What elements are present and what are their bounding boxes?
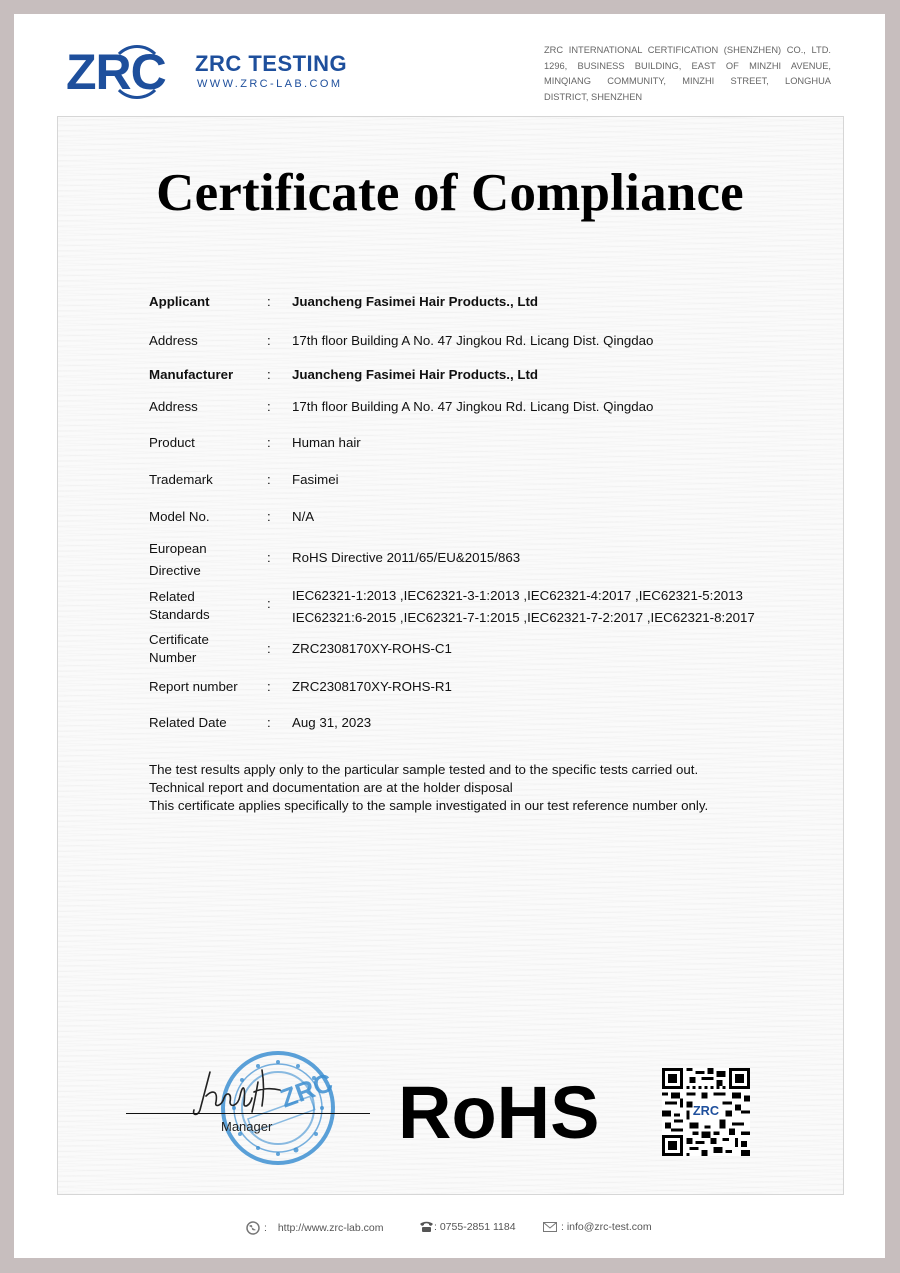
field-separator: : bbox=[267, 641, 271, 656]
field-label: Related Standards bbox=[149, 588, 210, 624]
field-label: Related Date bbox=[149, 715, 227, 730]
signature-line bbox=[126, 1113, 370, 1114]
field-label: Certificate Number bbox=[149, 631, 209, 667]
field-value: Human hair bbox=[292, 435, 361, 450]
field-label: Model No. bbox=[149, 509, 210, 524]
field-label-line: European bbox=[149, 541, 207, 556]
disclaimer-notes: The test results apply only to the parti… bbox=[149, 761, 708, 815]
standards-line: IEC62321-1:2013 ,IEC62321-3-1:2013 ,IEC6… bbox=[292, 588, 743, 603]
envelope-icon bbox=[543, 1222, 557, 1232]
brand-name: ZRC TESTING bbox=[195, 51, 347, 77]
field-separator: : bbox=[267, 679, 271, 694]
field-value: IEC62321-1:2013 ,IEC62321-3-1:2013 ,IEC6… bbox=[292, 585, 755, 629]
phone-icon bbox=[419, 1221, 434, 1233]
field-value: Aug 31, 2023 bbox=[292, 715, 371, 730]
field-value: Juancheng Fasimei Hair Products., Ltd bbox=[292, 367, 538, 382]
disclaimer-line: The test results apply only to the parti… bbox=[149, 761, 708, 779]
field-separator: : bbox=[267, 333, 271, 348]
field-separator: : bbox=[267, 367, 271, 382]
disclaimer-line: Technical report and documentation are a… bbox=[149, 779, 708, 797]
field-label: Address bbox=[149, 333, 198, 348]
footer-phone: : 0755-2851 1184 bbox=[419, 1221, 516, 1233]
field-label: Manufacturer bbox=[149, 367, 233, 382]
field-label: Applicant bbox=[149, 294, 210, 309]
website-link[interactable]: http://www.zrc-lab.com bbox=[278, 1222, 384, 1234]
signatory-title: Manager bbox=[221, 1119, 272, 1134]
field-value: 17th floor Building A No. 47 Jingkou Rd.… bbox=[292, 333, 653, 348]
footer-email: : info@zrc-test.com bbox=[543, 1221, 652, 1233]
field-value: Juancheng Fasimei Hair Products., Ltd bbox=[292, 294, 538, 309]
field-label-line: Related bbox=[149, 589, 195, 604]
standards-line: IEC62321:6-2015 ,IEC62321-7-1:2015 ,IEC6… bbox=[292, 610, 755, 625]
field-label-line: Directive bbox=[149, 563, 201, 578]
company-address-line: 1296, BUSINESS BUILDING, EAST OF MINZHI … bbox=[544, 59, 831, 75]
field-label-line: Number bbox=[149, 650, 196, 665]
globe-icon bbox=[246, 1221, 260, 1235]
company-address-line: ZRC INTERNATIONAL CERTIFICATION (SHENZHE… bbox=[544, 43, 831, 59]
field-label: Trademark bbox=[149, 472, 213, 487]
field-separator: : bbox=[267, 472, 271, 487]
email-link[interactable]: : info@zrc-test.com bbox=[561, 1221, 652, 1233]
field-separator: : bbox=[267, 550, 271, 565]
company-address-line: DISTRICT, SHENZHEN bbox=[544, 90, 831, 106]
field-value: Fasimei bbox=[292, 472, 339, 487]
field-separator: : bbox=[267, 399, 271, 414]
field-value: ZRC2308170XY-ROHS-R1 bbox=[292, 679, 452, 694]
field-label-line: Standards bbox=[149, 607, 210, 622]
field-label: European Directive bbox=[149, 538, 207, 582]
logo-ring-icon bbox=[110, 45, 164, 99]
qr-code[interactable]: ZRC bbox=[662, 1068, 750, 1156]
field-label-line: Certificate bbox=[149, 632, 209, 647]
field-label: Product bbox=[149, 435, 195, 450]
field-value: ZRC2308170XY-ROHS-C1 bbox=[292, 641, 452, 656]
field-value: N/A bbox=[292, 509, 314, 524]
field-separator: : bbox=[267, 435, 271, 450]
footer-website: : http://www.zrc-lab.com bbox=[246, 1221, 383, 1235]
field-separator: : bbox=[267, 596, 271, 611]
certificate-title: Certificate of Compliance bbox=[0, 163, 900, 223]
field-label: Report number bbox=[149, 679, 238, 694]
phone-number: : 0755-2851 1184 bbox=[434, 1221, 516, 1233]
rohs-mark: RoHS bbox=[398, 1070, 599, 1155]
company-address: ZRC INTERNATIONAL CERTIFICATION (SHENZHE… bbox=[544, 43, 831, 105]
field-value: 17th floor Building A No. 47 Jingkou Rd.… bbox=[292, 399, 653, 414]
footer-separator: : bbox=[264, 1222, 267, 1234]
field-label: Address bbox=[149, 399, 198, 414]
field-separator: : bbox=[267, 294, 271, 309]
field-separator: : bbox=[267, 509, 271, 524]
field-separator: : bbox=[267, 715, 271, 730]
company-address-line: MINQIANG COMMUNITY, MINZHI STREET, LONGH… bbox=[544, 74, 831, 90]
brand-url: WWW.ZRC-LAB.COM bbox=[197, 78, 342, 90]
svg-text:ZRC: ZRC bbox=[693, 1103, 719, 1118]
field-value: RoHS Directive 2011/65/EU&2015/863 bbox=[292, 550, 520, 565]
zrc-logo: ZRC ZRC TESTING WWW.ZRC-LAB.COM bbox=[66, 42, 356, 102]
disclaimer-line: This certificate applies specifically to… bbox=[149, 797, 708, 815]
